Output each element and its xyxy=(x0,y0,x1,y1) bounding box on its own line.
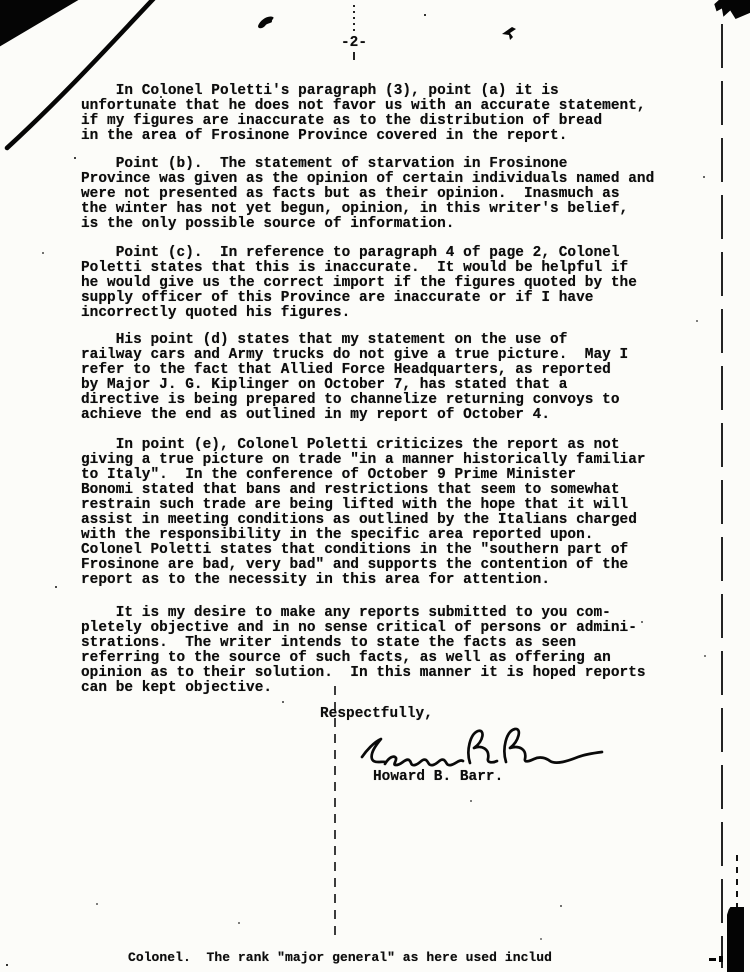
ink-blot-right xyxy=(501,25,519,43)
scan-speck xyxy=(719,956,723,962)
scan-noise-specks xyxy=(0,0,2,2)
scan-corner-artifact-bottom-right xyxy=(727,907,744,972)
scan-speck xyxy=(709,958,716,961)
center-fold-mark-bottom xyxy=(334,686,336,938)
paragraph-point-c: Point (c). In reference to paragraph 4 o… xyxy=(81,246,637,321)
center-fold-tick xyxy=(353,52,355,60)
paragraph-point-a: In Colonel Poletti's paragraph (3), poin… xyxy=(81,84,646,144)
ink-blot-left xyxy=(255,14,277,34)
paragraph-point-e: In point (e), Colonel Poletti criticizes… xyxy=(81,438,646,588)
paragraph-point-d: His point (d) states that my statement o… xyxy=(81,333,628,423)
paragraph-closing-statement: It is my desire to make any reports subm… xyxy=(81,606,646,696)
handwritten-signature xyxy=(358,721,606,775)
footer-note: Colonel. The rank "major general" as her… xyxy=(128,951,552,965)
center-fold-mark-top xyxy=(353,5,355,33)
salutation: Respectfully, xyxy=(320,707,433,722)
scan-corner-artifact-top-right xyxy=(712,0,750,19)
typed-signature-name: Howard B. Barr. xyxy=(373,770,503,785)
right-edge-fold-line xyxy=(721,24,723,968)
page-number: -2- xyxy=(341,36,367,51)
paragraph-point-b: Point (b). The statement of starvation i… xyxy=(81,157,654,232)
scanned-memo-page: -2- In Colonel Poletti's paragraph (3), … xyxy=(0,0,750,972)
right-edge-dash-mark xyxy=(736,855,738,907)
